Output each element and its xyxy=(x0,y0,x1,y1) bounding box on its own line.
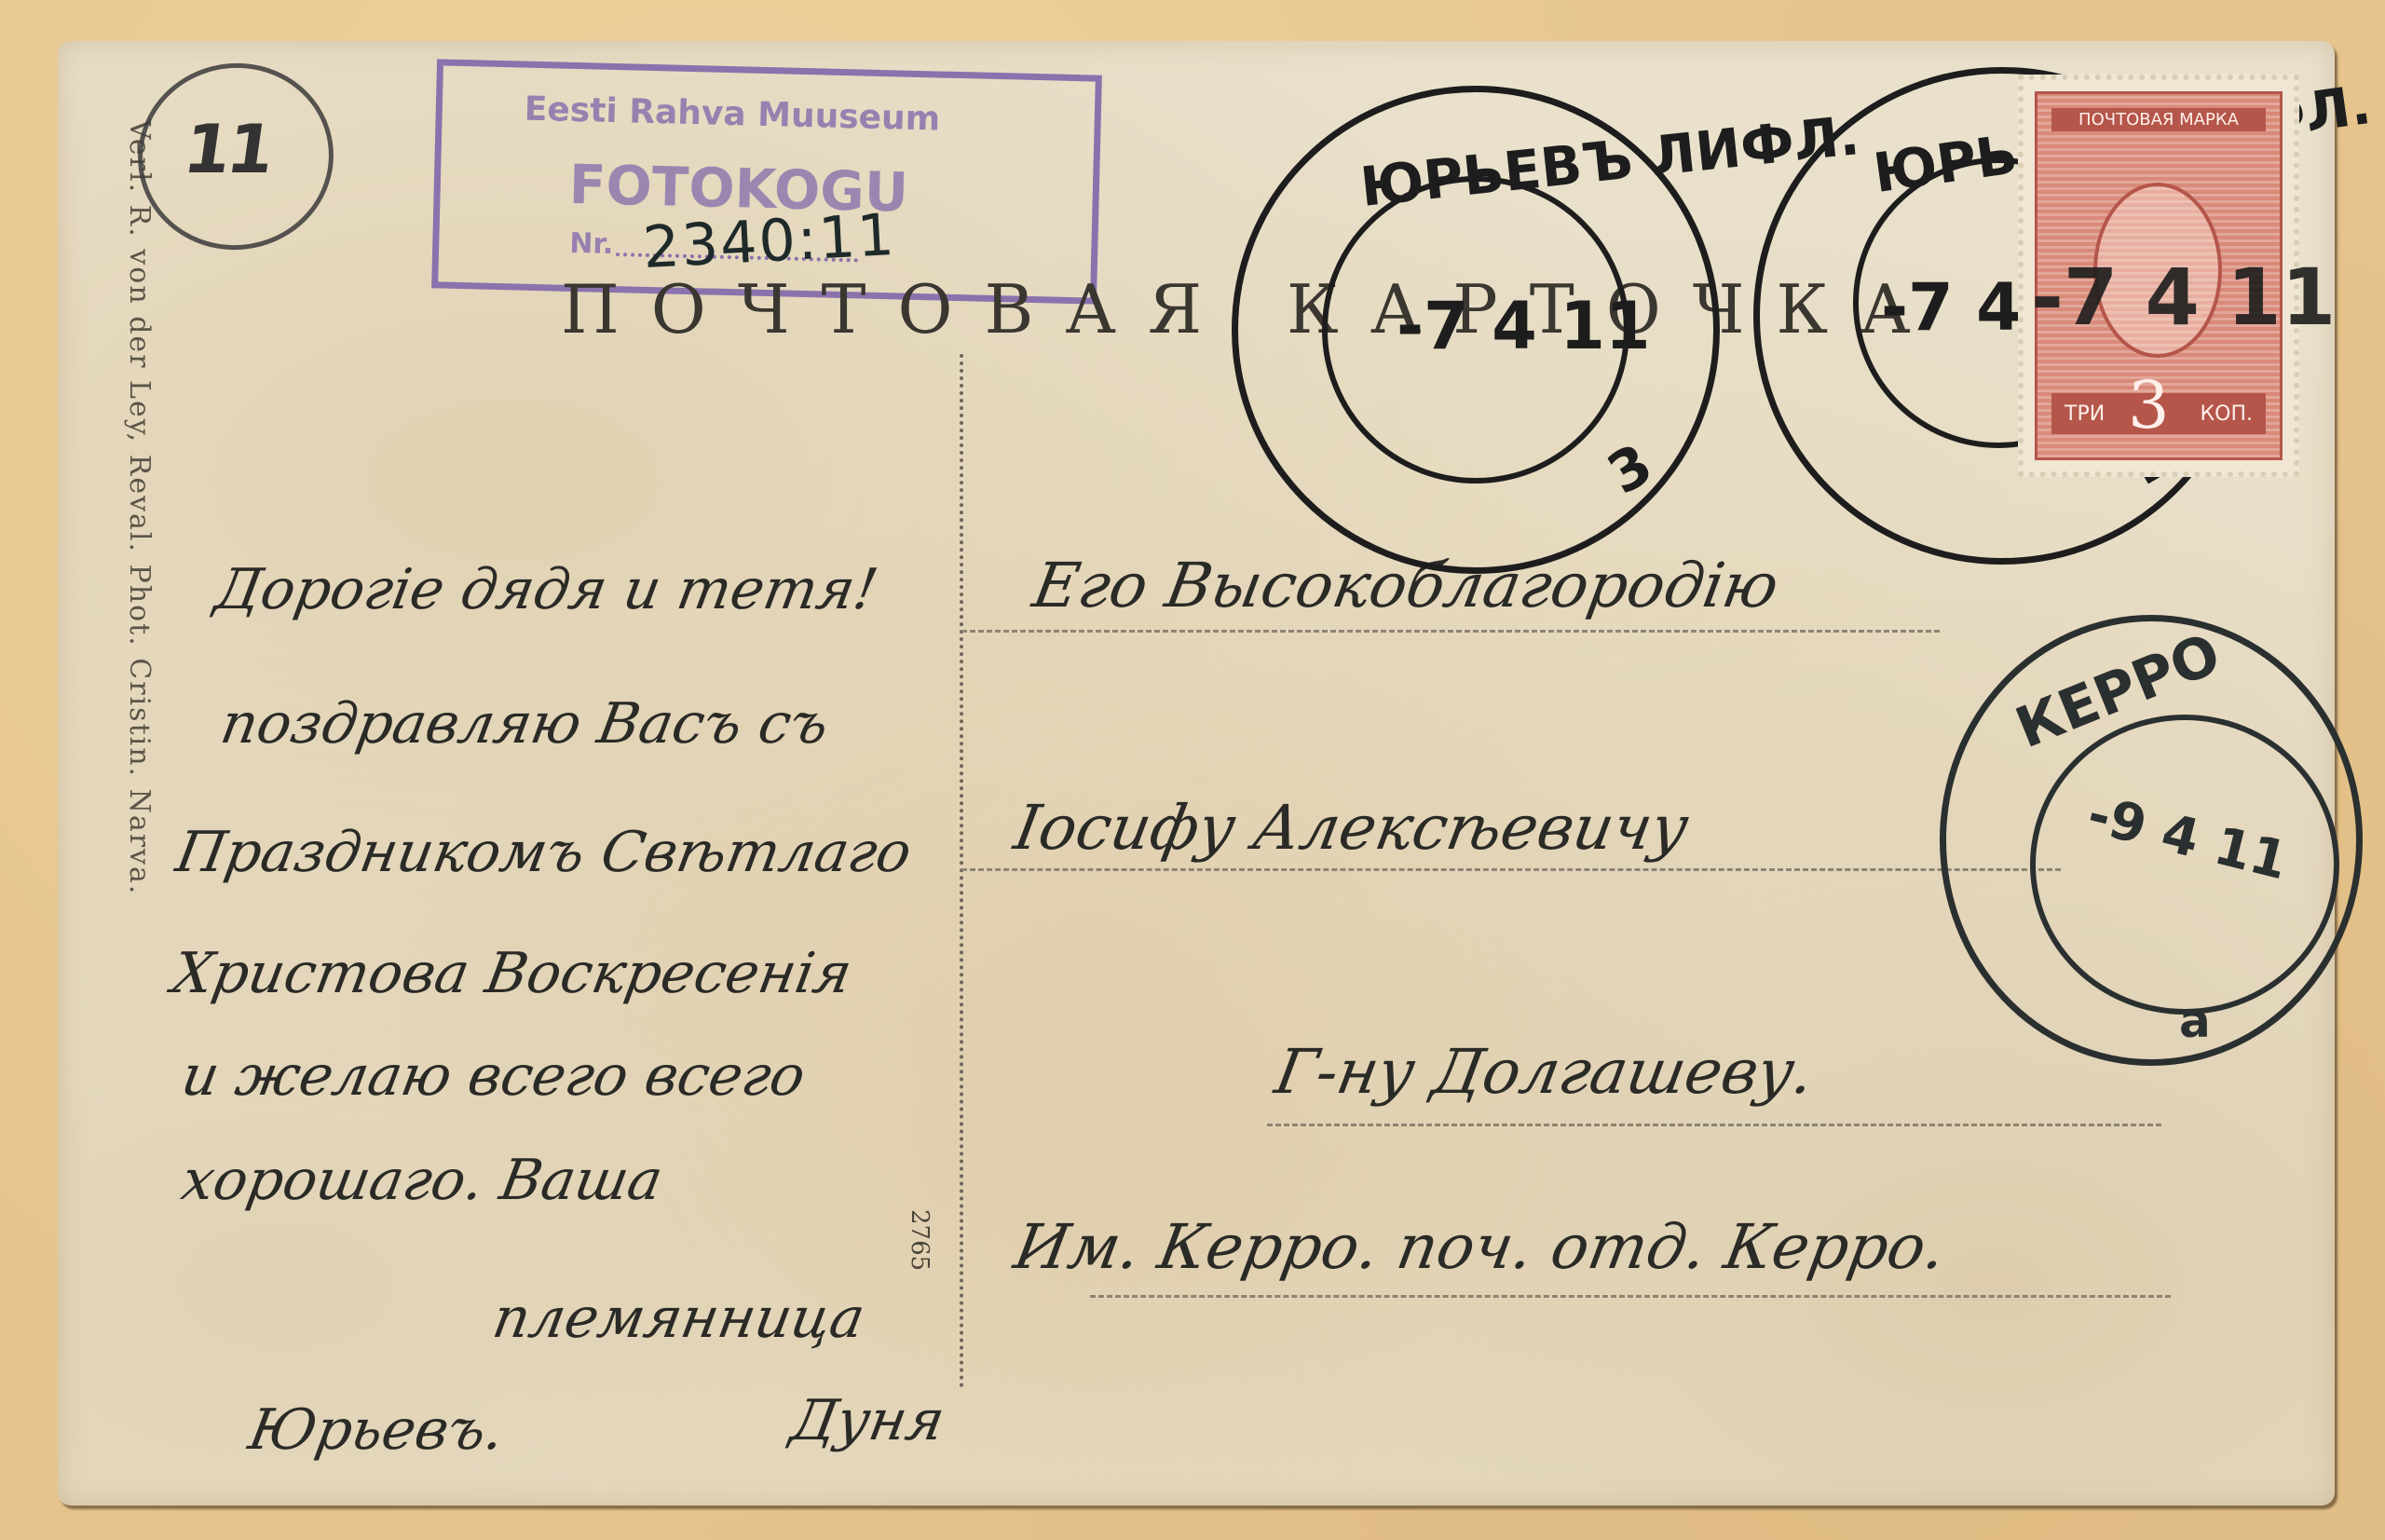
series-number: 2765 xyxy=(906,1209,934,1271)
postmark-overlay-year: -7 4 11 xyxy=(2031,252,2336,343)
message-line: Дорогіе дядя и тетя! xyxy=(211,557,882,622)
postmark-kerro: КЕРРО -9 4 11 а xyxy=(1940,615,2363,1066)
message-signature: Дуня xyxy=(786,1388,949,1453)
address-line: Іосифу Алексѣевичу xyxy=(1009,792,1694,864)
address-line-3 xyxy=(1267,1124,2161,1126)
message-line: Христова Воскресенія xyxy=(168,941,857,1006)
address-line-1 xyxy=(961,630,1940,633)
stamp-value: 3 xyxy=(2128,367,2170,443)
postmark-yuryev-1: ЮРЬЕВЪ ЛИФЛ. -7 4 11 3 xyxy=(1232,86,1720,574)
address-line-4 xyxy=(1090,1295,2171,1298)
message-line: хорошаго. Ваша xyxy=(177,1148,668,1213)
museum-stamp-nr-label: Nr. xyxy=(569,227,614,261)
card-divider xyxy=(960,354,963,1388)
stamp-value-left: ТРИ xyxy=(2065,402,2105,426)
museum-stamp-name: Eesti Rahva Muuseum xyxy=(524,90,940,139)
publisher-imprint: Verl. R. von der Ley, Reval. Phot. Crist… xyxy=(123,119,156,1470)
inventory-number: 2340:11 xyxy=(641,200,897,281)
address-line-2 xyxy=(961,868,2061,871)
pencil-number: 11 xyxy=(179,110,276,188)
stamp-value-right: КОП. xyxy=(2201,402,2253,426)
message-place: Юрьевъ. xyxy=(244,1397,510,1463)
address-line: Г-ну Долгашеву. xyxy=(1270,1036,1819,1108)
message-line: и желаю всего всего xyxy=(177,1043,811,1109)
message-line: поздравляю Васъ съ xyxy=(216,691,834,756)
address-line: Им. Керро. поч. отд. Керро. xyxy=(1009,1211,1951,1283)
stamp-label: ПОЧТОВАЯ МАРКА xyxy=(2051,108,2266,131)
message-line: племянница xyxy=(488,1286,869,1351)
message-line: Праздникомъ Свѣтлаго xyxy=(171,820,917,885)
